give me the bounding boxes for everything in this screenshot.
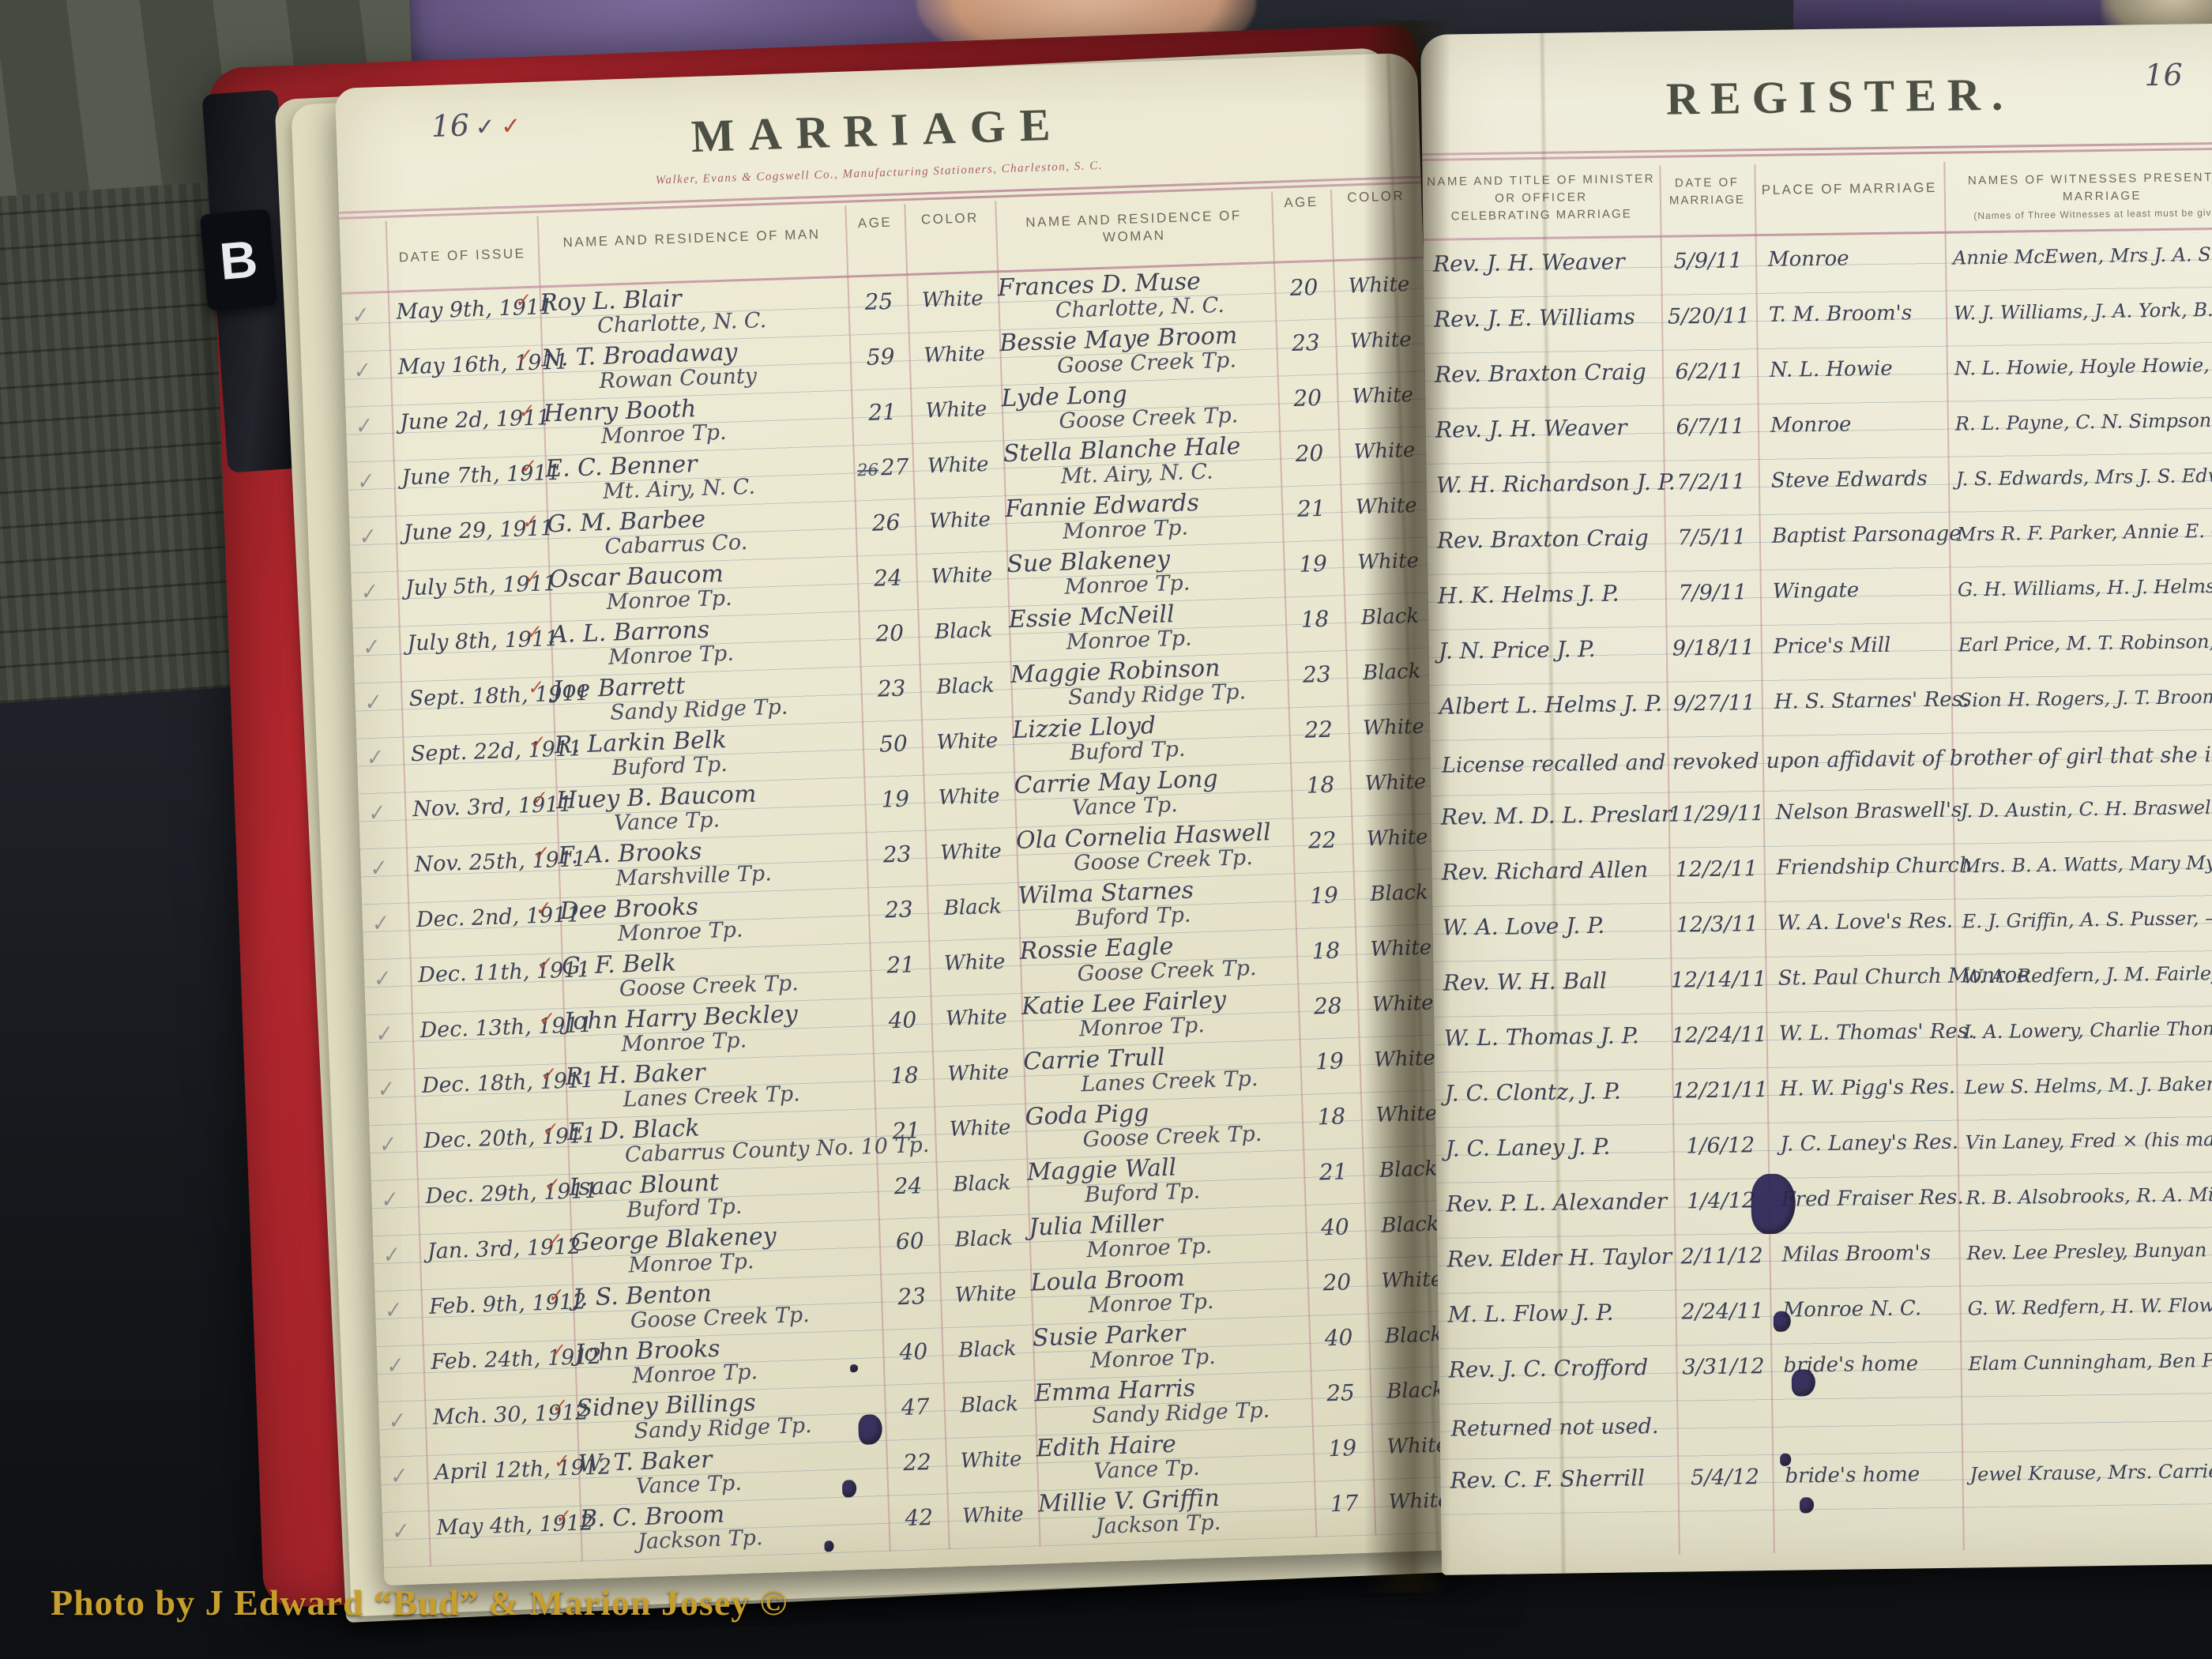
woman-age-cell: 18	[1290, 762, 1351, 818]
man-cell: G. F. Belk Goose Creek Tp.	[561, 943, 871, 1009]
witnesses-cell: Jewel Krause, Mrs. Carrie McLeod, W. Her…	[1962, 1448, 2212, 1508]
woman-age-cell: 18	[1296, 927, 1356, 984]
page-title: REGISTER.	[1421, 64, 2212, 129]
woman-cell: Carrie Trull Lanes Creek Tp.	[1023, 1040, 1301, 1104]
margin-marks: ✓ ✓	[382, 1511, 430, 1568]
red-check-icon: ✓	[524, 622, 542, 644]
woman-cell: Fannie Edwards Monroe Tp.	[1005, 487, 1283, 552]
pencil-check-icon: ✓	[381, 1298, 403, 1325]
woman-color-cell: White	[1338, 427, 1431, 485]
man-cell: John Brooks Monroe Tp.	[574, 1330, 884, 1396]
man-cell: B. C. Broom Jackson Tp.	[580, 1496, 890, 1562]
red-check-icon: ✓	[532, 843, 550, 865]
date-of-marriage-cell: 9/18/11	[1665, 626, 1761, 683]
date-of-marriage-cell: 6/7/11	[1663, 404, 1759, 461]
struck-age	[901, 1455, 901, 1474]
red-check-icon: ✓	[529, 788, 547, 810]
register-row: Rev. J. C. Crofford 3/31/12 bride's home…	[1439, 1337, 2212, 1405]
struck-age	[895, 1289, 896, 1308]
witnesses-cell: R. L. Payne, C. N. Simpson Jr., G. W. Gi…	[1947, 397, 2212, 457]
place-of-marriage-cell: W. L. Thomas' Res.	[1766, 1010, 1956, 1068]
pencil-check-icon: ✓	[355, 524, 378, 551]
witnesses-cell: R. B. Alsobrooks, R. A. Mitchell, Simon …	[1958, 1172, 2212, 1232]
place-of-marriage-cell: Milas Broom's	[1769, 1232, 1959, 1289]
struck-age	[873, 626, 874, 645]
pencil-check-icon: ✓	[368, 911, 390, 938]
pencil-check-icon: ✓	[389, 1518, 411, 1545]
red-check-icon: ✓	[551, 1450, 570, 1473]
struck-age	[891, 1179, 892, 1198]
man-color-cell: White	[914, 496, 1006, 555]
witnesses-cell: J. D. Austin, C. H. Braswell, A. J. Litt…	[1952, 784, 2212, 845]
red-check-icon: ✓	[515, 345, 533, 367]
red-check-icon: ✓	[528, 732, 546, 754]
man-age: 47	[901, 1394, 930, 1420]
man-color-cell: White	[931, 994, 1023, 1052]
minister-cell: J. C. Laney J. P.	[1435, 1125, 1673, 1183]
minister-cell: Rev. C. F. Sherrill	[1440, 1457, 1678, 1515]
minister-cell: Rev. J. C. Crofford	[1439, 1346, 1676, 1405]
struck-age	[902, 1510, 903, 1529]
man-cell: R. Larkin Belk Buford Tp.	[554, 722, 863, 788]
man-cell: Roy L. Blair Charlotte, N. C.	[540, 280, 849, 346]
man-age-cell: 2627	[852, 444, 913, 501]
column-header-man: NAME AND RESIDENCE OF MAN	[537, 225, 846, 253]
place-of-marriage-cell: Monroe N. C.	[1770, 1287, 1960, 1345]
date-of-marriage-cell: 12/3/11	[1669, 902, 1765, 959]
red-check-icon: ✓	[513, 290, 531, 312]
man-color-cell: White	[908, 330, 1001, 389]
margin-marks: ✓ ✓	[377, 1345, 424, 1402]
place-of-marriage-cell: W. A. Love's Res.	[1764, 900, 1954, 957]
place-of-marriage-cell	[1771, 1398, 1962, 1455]
date-of-marriage-cell: 2/11/12	[1674, 1234, 1770, 1291]
margin-marks: ✓ ✓	[380, 1456, 427, 1513]
man-age-cell: 25	[847, 278, 908, 335]
man-cell: George Blakeney Monroe Tp.	[570, 1220, 880, 1285]
man-color-cell: White	[921, 717, 1014, 776]
witnesses-cell: Mrs. B. A. Watts, Mary Myers, B. A. Watt…	[1953, 840, 2212, 900]
man-cell: Dee Brooks Monroe Tp.	[559, 888, 869, 954]
woman-cell: Julia Miller Monroe Tp.	[1029, 1206, 1307, 1270]
woman-age-cell: 18	[1285, 596, 1345, 653]
man-cell: R. H. Baker Lanes Creek Tp.	[565, 1054, 875, 1119]
register-row: W. L. Thomas J. P. 12/24/11 W. L. Thomas…	[1434, 1006, 2212, 1073]
man-cell: Henry Booth Monroe Tp.	[543, 391, 852, 457]
struck-age	[866, 405, 867, 424]
margin-marks: ✓ ✓	[375, 1290, 423, 1347]
margin-marks: ✓ ✓	[345, 406, 393, 463]
pencil-check-icon: ✓	[372, 1021, 394, 1048]
man-cell: E. D. Black Cabarrus County No. 10 Tp.	[566, 1109, 876, 1175]
witnesses-cell: W. A. Redfern, J. M. Fairley Jr., H. F. …	[1954, 950, 2212, 1010]
minister-cell: Rev. Braxton Craig	[1425, 351, 1663, 409]
witnesses-cell: J. S. Edwards, Mrs J. S. Edwards, C. H. …	[1948, 453, 2212, 513]
struck-age	[897, 1345, 897, 1364]
woman-cell: Ola Cornelia Haswell Goose Creek Tp.	[1016, 818, 1294, 883]
man-cell: E. C. Benner Mt. Airy, N. C.	[545, 446, 855, 512]
register-row: Rev. C. F. Sherrill 5/4/12 bride's home …	[1440, 1448, 2212, 1515]
woman-age-cell: 22	[1288, 706, 1349, 763]
pencil-check-icon: ✓	[359, 634, 382, 661]
struck-age	[875, 682, 875, 701]
man-color-cell: Black	[935, 1160, 1028, 1218]
margin-marks: ✓ ✓	[353, 627, 401, 684]
man-color-cell: White	[906, 275, 999, 333]
red-check-icon: ✓	[547, 1340, 566, 1362]
man-color-cell: Black	[938, 1215, 1030, 1273]
struck-age	[869, 516, 870, 535]
struck-age	[893, 1234, 894, 1253]
pencil-check-icon: ✓	[365, 800, 387, 827]
man-color-cell: White	[945, 1436, 1037, 1495]
man-age-cell: 23	[866, 831, 927, 888]
page-number: 16	[2144, 58, 2183, 93]
minister-cell: Rev. J. H. Weaver	[1424, 240, 1661, 299]
witnesses-cell	[1961, 1393, 2212, 1453]
struck-age	[864, 350, 865, 369]
woman-age-cell: 23	[1286, 651, 1347, 708]
place-of-marriage-cell: H. W. Pigg's Res.	[1766, 1066, 1957, 1123]
witnesses-header-line1: NAMES OF WITNESSES PRESENT AT MARRIAGE	[1968, 171, 2212, 204]
minister-cell: J. C. Clontz, J. P.	[1435, 1070, 1672, 1128]
margin-marks: ✓ ✓	[344, 351, 391, 408]
woman-age-cell: 20	[1273, 264, 1334, 321]
minister-cell: Rev. Braxton Craig	[1428, 517, 1665, 575]
woman-cell: Sue Blakeney Monroe Tp.	[1006, 543, 1285, 608]
marriage-page: 16 ✓ ✓ MARRIAGE Walker, Evans & Cogswell…	[335, 53, 1466, 1586]
pencil-check-icon: ✓	[385, 1408, 407, 1435]
witnesses-header-line2: (Names of Three Witnesses at least must …	[1944, 203, 2212, 225]
woman-cell: Millie V. Griffin Jackson Tp.	[1037, 1482, 1315, 1547]
man-color-cell: White	[923, 773, 1015, 831]
index-tab-b: B	[200, 209, 277, 310]
woman-color-cell: White	[1334, 316, 1427, 374]
date-of-marriage-cell: 12/14/11	[1670, 957, 1766, 1014]
man-age-cell: 19	[863, 776, 924, 833]
pencil-check-icon: ✓	[371, 966, 393, 993]
register-row: Returned not used.	[1439, 1393, 2212, 1460]
man-age-cell: 22	[886, 1439, 946, 1495]
struck-age	[871, 571, 872, 590]
man-cell: Isaac Blount Buford Tp.	[569, 1164, 878, 1230]
man-age-cell: 24	[877, 1163, 938, 1220]
woman-age-cell: 40	[1305, 1204, 1366, 1261]
date-of-marriage-cell: 7/9/11	[1665, 570, 1761, 627]
date-of-marriage-cell: 2/24/11	[1675, 1289, 1770, 1346]
woman-cell: Maggie Wall Buford Tp.	[1026, 1150, 1304, 1215]
man-age: 18	[890, 1062, 919, 1089]
column-header-color: COLOR	[905, 209, 996, 229]
margin-marks: ✓ ✓	[349, 517, 397, 574]
man-age: 23	[884, 896, 913, 923]
man-color-cell: White	[946, 1491, 1039, 1549]
struck-age	[877, 737, 878, 756]
red-check-icon: ✓	[553, 1506, 571, 1528]
man-color-cell: White	[912, 441, 1004, 499]
man-cell: Oscar Baucom Monroe Tp.	[548, 556, 858, 622]
register-row: Rev. W. H. Ball 12/14/11 St. Paul Church…	[1433, 950, 2212, 1018]
date-of-marriage-cell: 3/31/12	[1676, 1345, 1771, 1401]
margin-marks: ✓ ✓	[360, 848, 408, 905]
column-header-woman: NAME AND RESIDENCE OF WOMAN	[995, 206, 1273, 250]
man-color-cell: White	[934, 1104, 1026, 1163]
date-of-marriage-cell: 9/27/11	[1666, 681, 1762, 738]
woman-cell: Rossie Eagle Goose Creek Tp.	[1019, 929, 1297, 994]
pencil-check-icon: ✓	[383, 1352, 405, 1379]
place-of-marriage-cell: Friendship Church	[1763, 845, 1954, 902]
pencil-check-icon: ✓	[363, 745, 385, 772]
man-age: 19	[881, 785, 910, 812]
man-age: 60	[895, 1228, 924, 1255]
margin-marks: ✓ ✓	[371, 1179, 419, 1236]
column-header-minister: NAME AND TITLE OF MINISTER OR OFFICER CE…	[1422, 171, 1660, 226]
pencil-check-icon: ✓	[376, 1132, 398, 1159]
margin-marks: ✓ ✓	[378, 1401, 426, 1458]
woman-cell: Lizzie Lloyd Buford Tp.	[1012, 708, 1290, 773]
man-age-cell: 18	[873, 1052, 934, 1109]
struck-age	[862, 295, 863, 314]
man-age: 23	[877, 675, 906, 702]
woman-color-cell: White	[1337, 371, 1429, 430]
woman-age-cell: 21	[1281, 485, 1341, 542]
minister-cell: W. L. Thomas J. P.	[1434, 1014, 1672, 1073]
woman-cell: Essie McNeill Monroe Tp.	[1008, 598, 1286, 663]
place-of-marriage-cell: Nelson Braswell's	[1762, 789, 1953, 847]
place-of-marriage-cell: Steve Edwards	[1759, 457, 1949, 515]
woman-cell: Edith Haire Vance Tp.	[1036, 1427, 1314, 1492]
man-age-cell: 24	[856, 555, 917, 611]
man-color-cell: White	[928, 939, 1021, 997]
woman-color-cell: Black	[1344, 592, 1436, 651]
date-of-marriage-cell	[1676, 1400, 1772, 1457]
red-check-icon: ✓	[550, 1395, 568, 1417]
place-of-marriage-cell: St. Paul Church Monroe	[1765, 955, 1955, 1013]
woman-cell: Katie Lee Fairley Monroe Tp.	[1021, 984, 1299, 1049]
photo-scene: B 16 ✓ ✓ MARRIAGE Walker, Evans & Cogswe…	[0, 0, 2212, 1659]
date-header-line1: DATE OF	[1675, 175, 1740, 190]
red-check-icon: ✓	[517, 401, 535, 423]
margin-marks: ✓ ✓	[342, 295, 389, 352]
man-age-cell: 23	[860, 665, 921, 722]
register-rows: Rev. J. H. Weaver 5/9/11 Monroe Annie Mc…	[1424, 231, 2212, 1515]
place-of-marriage-cell: Monroe	[1758, 402, 1948, 460]
woman-color-cell: White	[1340, 482, 1432, 540]
man-age: 24	[893, 1172, 923, 1199]
man-age-cell: 47	[884, 1383, 945, 1440]
man-cell: Sidney Billings Sandy Ridge Tp.	[576, 1386, 886, 1451]
man-age: 27	[880, 453, 909, 480]
date-of-marriage-cell: 11/29/11	[1668, 792, 1763, 848]
woman-cell: Lyde Long Goose Creek Tp.	[1001, 377, 1279, 442]
ink-blot	[1800, 1497, 1814, 1513]
man-age-cell: 21	[851, 389, 912, 446]
struck-age	[880, 848, 881, 867]
man-age-cell: 50	[862, 720, 923, 777]
woman-cell: Susie Parker Monroe Tp.	[1032, 1316, 1310, 1381]
column-header-color-2: COLOR	[1330, 186, 1422, 207]
register-row: J. C. Clontz, J. P. 12/21/11 H. W. Pigg'…	[1435, 1061, 2212, 1128]
woman-age-cell: 22	[1292, 817, 1352, 874]
woman-cell: Maggie Robinson Sandy Ridge Tp.	[1010, 653, 1288, 717]
woman-cell: Carrie May Long Vance Tp.	[1014, 763, 1292, 828]
witnesses-cell: Sion H. Rogers, J. T. Broom, H. S. Starn…	[1951, 674, 2212, 734]
woman-age-cell: 28	[1297, 983, 1358, 1040]
date-of-marriage-cell: 12/2/11	[1668, 847, 1764, 904]
margin-marks: ✓ ✓	[355, 683, 402, 739]
woman-color-cell: White	[1349, 758, 1442, 817]
man-color-cell: Black	[927, 883, 1019, 942]
date-of-marriage-cell: 1/6/12	[1672, 1123, 1768, 1180]
man-cell: W. T. Baker Vance Tp.	[577, 1441, 887, 1507]
date-header-line2: MARRIAGE	[1660, 191, 1755, 210]
struck-age	[886, 1014, 886, 1033]
woman-age-cell: 20	[1277, 374, 1338, 431]
woman-color-cell: White	[1333, 261, 1425, 319]
date-of-marriage-cell: 5/4/12	[1677, 1455, 1773, 1512]
date-of-marriage-cell: 12/21/11	[1672, 1068, 1767, 1125]
woman-cell: Emma Harris Sandy Ridge Tp.	[1034, 1371, 1312, 1436]
date-of-marriage-cell: 6/2/11	[1662, 349, 1758, 406]
minister-cell: M. L. Flow J. P.	[1438, 1291, 1676, 1349]
place-of-marriage-cell: Price's Mill	[1760, 623, 1951, 681]
date-of-marriage-cell: 7/5/11	[1665, 515, 1760, 572]
register-row: W. A. Love J. P. 12/3/11 W. A. Love's Re…	[1432, 895, 2212, 962]
margin-marks: ✓ ✓	[348, 461, 395, 518]
man-age: 26	[871, 510, 901, 536]
woman-age-cell: 20	[1307, 1259, 1367, 1316]
register-row: J. C. Laney J. P. 1/6/12 J. C. Laney's R…	[1435, 1116, 2212, 1183]
column-header-date-of-marriage: DATE OF MARRIAGE	[1660, 174, 1755, 210]
woman-cell: Loula Broom Monroe Tp.	[1030, 1261, 1308, 1326]
margin-marks: ✓ ✓	[356, 738, 404, 795]
pencil-check-icon: ✓	[350, 358, 372, 385]
man-color-cell: White	[932, 1049, 1025, 1108]
date-of-marriage-cell: 12/24/11	[1671, 1013, 1766, 1070]
man-cell: J. S. Benton Goose Creek Tp.	[572, 1275, 882, 1341]
witnesses-cell: Earl Price, M. T. Robinson, H. N. Price	[1950, 619, 2212, 679]
red-check-icon: ✓	[537, 1009, 555, 1031]
woman-age-cell: 40	[1308, 1315, 1369, 1371]
minister-cell: Rev. Richard Allen	[1431, 848, 1669, 907]
margin-marks: ✓ ✓	[370, 1124, 417, 1181]
minister-cell: Rev. Elder H. Taylor	[1437, 1236, 1675, 1294]
man-age: 20	[875, 620, 905, 647]
date-of-marriage-cell: 7/2/11	[1664, 460, 1759, 517]
place-of-marriage-cell: J. C. Laney's Res.	[1767, 1121, 1958, 1179]
man-color-cell: White	[939, 1270, 1032, 1329]
date-of-marriage-cell: 5/20/11	[1661, 294, 1757, 351]
man-age: 42	[905, 1504, 934, 1531]
woman-color-cell: White	[1351, 814, 1443, 872]
struck-age	[882, 903, 883, 922]
woman-color-cell: Black	[1345, 648, 1438, 706]
woman-age-cell: 23	[1275, 319, 1336, 376]
minister-cell: Rev. P. L. Alexander	[1436, 1180, 1674, 1239]
column-header-place-of-marriage: PLACE OF MARRIAGE	[1755, 179, 1944, 199]
pencil-check-icon: ✓	[354, 468, 376, 495]
man-age: 40	[888, 1006, 917, 1033]
woman-age-cell: 25	[1311, 1369, 1371, 1426]
margin-marks: ✓ ✓	[364, 958, 412, 1015]
red-check-icon: ✓	[518, 456, 536, 478]
witnesses-cell: Mrs R. F. Parker, Annie E. Craig, Mrs Br…	[1949, 508, 2212, 568]
register-note: Returned not used.	[1450, 1414, 1658, 1442]
man-color-cell: Black	[917, 607, 1010, 665]
place-of-marriage-cell: H. S. Starnes' Res.	[1761, 679, 1951, 736]
man-age-cell: 23	[867, 886, 928, 943]
column-header-witnesses: NAMES OF WITNESSES PRESENT AT MARRIAGE (…	[1944, 168, 2212, 225]
man-cell: A. L. Barrons Monroe Tp.	[551, 611, 860, 677]
photographer-watermark: Photo by J Edward “Bud” & Marion Josey ©	[51, 1582, 788, 1623]
man-age-cell: 42	[887, 1494, 948, 1551]
witnesses-cell: W. J. Williams, J. A. York, B. J. Scott.	[1946, 287, 2212, 347]
witnesses-cell: E. J. Griffin, A. S. Pusser, —	[1954, 895, 2212, 955]
struck-age	[888, 1068, 889, 1087]
woman-cell: Frances D. Muse Charlotte, N. C.	[997, 266, 1275, 331]
column-header-date-of-issue: DATE OF ISSUE	[386, 245, 539, 267]
margin-marks: ✓ ✓	[351, 572, 398, 629]
man-color-cell: Black	[943, 1381, 1036, 1439]
pencil-check-icon: ✓	[379, 1243, 401, 1270]
woman-age-cell: 19	[1312, 1424, 1373, 1481]
minister-cell: W. H. Richardson J. P.	[1427, 461, 1665, 520]
man-cell: John Harry Beckley Monroe Tp.	[563, 999, 873, 1064]
witnesses-cell: Elam Cunningham, Ben Phyfer, Granger Har…	[1960, 1337, 2212, 1398]
column-header-age: AGE	[845, 213, 905, 232]
minister-cell: H. K. Helms J. P.	[1428, 572, 1666, 630]
pencil-check-icon: ✓	[386, 1463, 408, 1490]
woman-age-cell: 17	[1314, 1480, 1375, 1537]
margin-marks: ✓ ✓	[367, 1069, 415, 1126]
man-age-cell: 23	[880, 1273, 941, 1330]
man-cell: N. T. Broadaway Rowan County	[541, 336, 851, 401]
man-cell: G. M. Barbee Cabarrus Co.	[547, 501, 856, 566]
register-row: M. L. Flow J. P. 2/24/11 Monroe N. C. G.…	[1438, 1282, 2212, 1349]
witnesses-cell: G. W. Redfern, H. W. Flow, Nelson Brooks	[1959, 1282, 2212, 1342]
struck-age	[884, 958, 885, 977]
man-age-cell: 60	[878, 1217, 939, 1274]
pencil-check-icon: ✓	[374, 1077, 396, 1104]
man-color-cell: White	[910, 386, 1003, 444]
woman-age-cell: 18	[1301, 1093, 1362, 1150]
man-age: 40	[899, 1338, 928, 1365]
red-check-icon: ✓	[535, 954, 553, 976]
man-age: 22	[903, 1449, 932, 1476]
woman-color-cell: White	[1348, 703, 1440, 762]
man-age-cell: 40	[882, 1328, 942, 1385]
red-check-icon: ✓	[540, 1119, 559, 1142]
pencil-check-icon: ✓	[378, 1187, 400, 1214]
man-age: 25	[864, 288, 893, 315]
man-cell: F. A. Brooks Marshville Tp.	[558, 833, 867, 898]
place-of-marriage-cell: Wingate	[1760, 568, 1951, 626]
minister-cell: Rev. J. H. Weaver	[1426, 406, 1664, 465]
woman-cell: Stella Blanche Hale Mt. Airy, N. C.	[1003, 432, 1281, 497]
place-of-marriage-cell: T. M. Broom's	[1756, 292, 1947, 349]
margin-marks: ✓ ✓	[373, 1235, 420, 1292]
man-cell: Huey B. Baucom Vance Tp.	[556, 777, 866, 843]
red-check-icon: ✓	[539, 1064, 557, 1086]
pencil-check-icon: ✓	[352, 413, 374, 440]
minister-cell: Albert L. Helms J. P.	[1430, 683, 1668, 741]
register-row: Rev. Elder H. Taylor 2/11/12 Milas Broom…	[1437, 1227, 2212, 1294]
man-color-cell: Black	[920, 662, 1012, 720]
minister-cell: Rev. W. H. Ball	[1433, 959, 1671, 1018]
man-age-cell: 20	[858, 610, 919, 667]
red-check-icon: ✓	[542, 1174, 560, 1196]
man-cell: Joe Barrett Sandy Ridge Tp.	[552, 667, 862, 732]
